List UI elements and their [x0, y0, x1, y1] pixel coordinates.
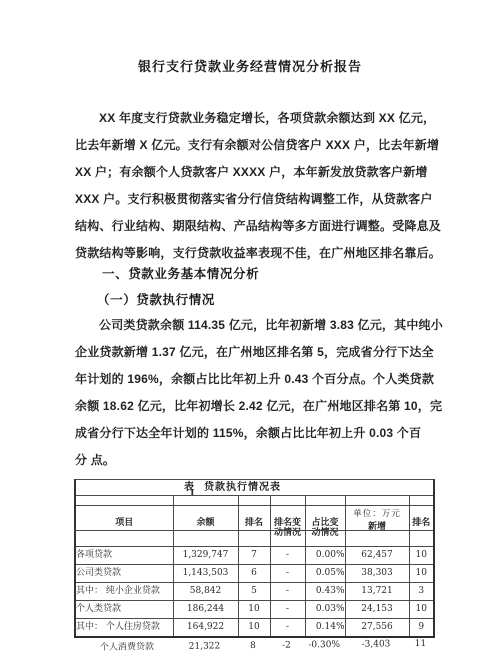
cell-label: 个人类贷款 — [75, 601, 173, 619]
cell-label: 其中： 个人住房贷款 — [75, 619, 173, 638]
cell-balance: 21,322 — [172, 637, 237, 657]
cell-rank: 5 — [238, 583, 270, 601]
paragraph-line: 年计划的 196%，余额占比比年初上升 0.43 个百分点。个人类贷款 — [75, 366, 437, 393]
table-row: 各项贷款 1,329,747 7 - 0.00% 62,457 10 — [75, 547, 434, 565]
cell-share-change: 0.03% — [305, 601, 345, 619]
paragraph-line: XX 年度支行贷款业务稳定增长，各项贷款余额达到 XX 亿元， — [75, 105, 437, 132]
document-title: 银行支行贷款业务经营情况分析报告 — [0, 56, 500, 75]
paragraph-line: 结构、行业结构、期限结构、产品结构等多方面进行调整。受降息及 — [75, 213, 437, 240]
col-header-share-change: 占比变动情况 — [306, 518, 345, 538]
paragraph-line: 余额 18.62 亿元，比年初增长 2.42 亿元，在广州地区排名第 10，完 — [75, 393, 437, 420]
cell-balance: 164,922 — [173, 619, 238, 638]
loan-execution-table: 表贷款执行情况表 1 项目 余额 排名 排名变动情况 占比变动情况 单位：万元 … — [74, 479, 433, 638]
document-page: 银行支行贷款业务经营情况分析报告 XX 年度支行贷款业务稳定增长，各项贷款余额达… — [0, 0, 500, 657]
cell-balance: 1,329,747 — [173, 547, 238, 565]
cell-rank-change: - — [270, 601, 305, 619]
cell-label: 个人消费贷款 — [74, 638, 172, 657]
col-header-item: 项目 — [76, 518, 173, 528]
paragraph-line: 成省分行下达全年计划的 115%，余额占比比年初上升 0.03 个百 — [75, 420, 437, 447]
cell-increase-rank: 11 — [408, 635, 433, 655]
paragraph-line: 企业贷款新增 1.37 亿元，在广州地区排名第 5，完成省分行下达全 — [75, 339, 437, 366]
cell-increase-rank: 10 — [409, 601, 434, 619]
col-header-rank-change: 排名变动情况 — [271, 518, 305, 538]
cell-rank: 6 — [238, 565, 270, 583]
cell-balance: 58,842 — [173, 583, 238, 601]
table-caption-number: 1 — [189, 490, 195, 496]
cell-increase: 62,457 — [345, 547, 409, 565]
paragraph-line: 分 点。 — [75, 447, 437, 474]
cell-rank: 8 — [237, 637, 269, 657]
cell-rank-change: - — [270, 565, 305, 583]
cell-rank-change: - — [270, 547, 305, 565]
cell-increase-rank: 10 — [409, 565, 434, 583]
paragraph-line: XX 户；有余额个人贷款客户 XXXX 户，本年新发放贷款客户新增 — [75, 159, 437, 186]
cell-increase-rank: 3 — [409, 583, 434, 601]
cell-label: 各项贷款 — [75, 547, 173, 565]
cell-share-change: 0.00% — [305, 547, 345, 565]
cell-label: 公司类贷款 — [75, 565, 173, 583]
col-header-rank: 排名 — [239, 518, 270, 528]
cell-increase-rank: 10 — [409, 547, 434, 565]
table-row: 个人类贷款 186,244 10 - 0.03% 24,153 10 — [75, 601, 434, 619]
table-row-cutoff: 个人消费贷款 21,322 8 -2 -0.30% -3,403 11 — [74, 635, 433, 657]
cell-balance: 186,244 — [173, 601, 238, 619]
cell-share-change: -0.30% — [304, 636, 344, 656]
cell-share-change: 0.14% — [305, 619, 345, 638]
cell-increase: -3,403 — [344, 635, 408, 656]
table-row: 其中： 纯小企业贷款 58,842 5 - 0.43% 13,721 3 — [75, 583, 434, 601]
cell-rank: 10 — [238, 619, 270, 638]
table-row: 公司类贷款 1,143,503 6 - 0.05% 38,303 10 — [75, 565, 434, 583]
cell-rank: 7 — [238, 547, 270, 565]
paragraph-line: 比去年新增 X 亿元。支行有余额对公信贷客户 XXX 户，比去年新增 — [75, 132, 437, 159]
table-header-rule — [74, 530, 433, 531]
cell-increase: 24,153 — [345, 601, 409, 619]
table-unit-note: 单位：万元 — [346, 509, 409, 519]
col-header-balance: 余额 — [174, 518, 238, 528]
cell-rank-change: - — [270, 619, 305, 638]
col-header-increase-rank: 排名 — [410, 518, 434, 528]
cell-share-change: 0.05% — [305, 565, 345, 583]
cell-increase: 13,721 — [345, 583, 409, 601]
cell-balance: 1,143,503 — [173, 565, 238, 583]
section-heading-1: 一、贷款业务基本情况分析 — [102, 262, 259, 287]
table-row: 其中： 个人住房贷款 164,922 10 - 0.14% 27,556 9 — [75, 619, 434, 638]
paragraph-line: 公司类贷款余额 114.35 亿元，比年初新增 3.83 亿元，其中纯小 — [75, 312, 437, 339]
cell-rank-change: - — [270, 583, 305, 601]
table-caption: 表贷款执行情况表 — [76, 480, 433, 495]
table-spacer-row — [75, 496, 434, 506]
paragraph-line: XXX 户。支行积极贯彻落实省分行信贷结构调整工作，从贷款客户 — [75, 186, 437, 213]
cell-rank: 10 — [238, 601, 270, 619]
cell-rank-change: -2 — [269, 636, 304, 656]
paragraph-overview: XX 年度支行贷款业务稳定增长，各项贷款余额达到 XX 亿元， 比去年新增 X … — [75, 105, 437, 267]
paragraph-loan-execution: 公司类贷款余额 114.35 亿元，比年初新增 3.83 亿元，其中纯小 企业贷… — [75, 312, 437, 474]
cell-label: 其中： 纯小企业贷款 — [75, 583, 173, 601]
cell-share-change: 0.43% — [305, 583, 345, 601]
table-header-row: 项目 余额 排名 排名变动情况 占比变动情况 单位：万元 新增 排名 — [75, 506, 434, 547]
table-caption-row: 表贷款执行情况表 1 — [75, 480, 434, 496]
table-caption-title: 贷款执行情况表 — [204, 482, 281, 493]
cell-increase: 38,303 — [345, 565, 409, 583]
section-heading-1-1: （一）贷款执行情况 — [97, 288, 215, 313]
